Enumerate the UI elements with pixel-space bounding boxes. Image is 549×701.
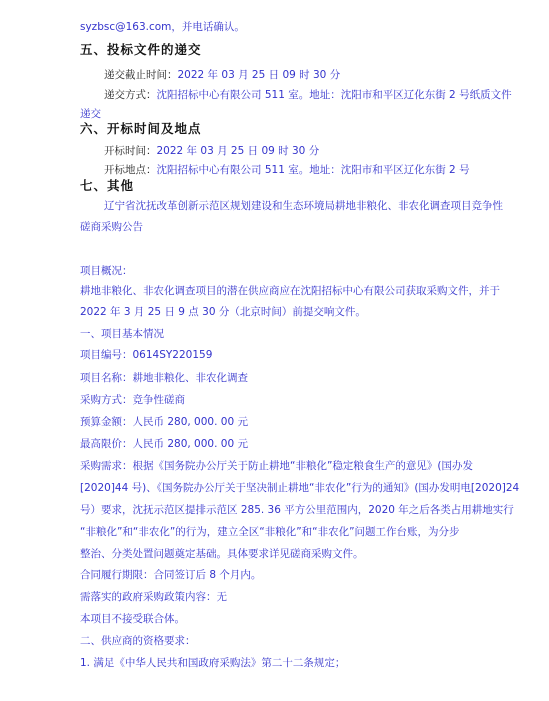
- section-5-title: 五、投标文件的递交: [80, 43, 202, 57]
- qualification-item-1: 1. 满足《中华人民共和国政府采购法》第二十二条规定；: [80, 656, 345, 670]
- section-7-title: 七、其他: [80, 179, 134, 193]
- basic-info-title: 一、项目基本情况: [80, 327, 164, 341]
- opening-place: 开标地点：沈阳招标中心有限公司 511 室。地址：沈阳市和平区辽化东街 2 号: [104, 163, 470, 177]
- submission-deadline-label: 递交截止时间：: [104, 69, 178, 81]
- other-line-1: 辽宁省沈抚改革创新示范区规划建设和生态环境局耕地非粮化、非农化调查项目竞争性: [104, 199, 503, 213]
- submission-method-label: 递交方式：: [104, 89, 157, 101]
- section-6-title: 六、开标时间及地点: [80, 122, 202, 136]
- other-line-2: 磋商采购公告: [80, 220, 143, 234]
- opening-place-value: 沈阳招标中心有限公司 511 室。地址：沈阳市和平区辽化东街 2 号: [157, 164, 470, 176]
- opening-time-label: 开标时间：: [104, 145, 157, 157]
- requirement-line-5: 整治、分类处置问题奠定基础。具体要求详见磋商采购文件。: [80, 547, 364, 561]
- requirement-line-2: [2020]44 号)、《国务院办公厅关于坚决制止耕地“非农化”行为的通知》(国…: [80, 481, 519, 495]
- requirement-line-1: 采购需求：根据《国务院办公厅关于防止耕地“非粮化”稳定粮食生产的意见》(国办发: [80, 459, 473, 473]
- overview-label: 项目概况：: [80, 264, 133, 278]
- submission-deadline-value: 2022 年 03 月 25 日 09 时 30 分: [178, 69, 341, 81]
- project-number: 项目编号：0614SY220159: [80, 348, 212, 362]
- submission-method-cont: 递交: [80, 107, 101, 121]
- project-name: 项目名称：耕地非粮化、非农化调查: [80, 371, 248, 385]
- contract-period: 合同履行期限：合同签订后 8 个月内。: [80, 568, 261, 582]
- requirement-line-4: “非粮化”和“非农化”的行为，建立全区“非粮化”和“非农化”问题工作台账，为分步: [80, 525, 460, 539]
- submission-method-value: 沈阳招标中心有限公司 511 室。地址：沈阳市和平区辽化东街 2 号纸质文件: [157, 89, 512, 101]
- budget-amount: 预算金额：人民币 280, 000. 00 元: [80, 415, 248, 429]
- requirement-line-3: 号）要求，沈抚示范区提排示范区 285. 36 平方公里范围内，2020 年之后…: [80, 503, 514, 517]
- qualification-title: 二、供应商的资格要求：: [80, 634, 196, 648]
- email-confirm-line: syzbsc@163.com，并电话确认。: [80, 20, 245, 34]
- opening-place-label: 开标地点：: [104, 164, 157, 176]
- opening-time: 开标时间：2022 年 03 月 25 日 09 时 30 分: [104, 144, 319, 158]
- procurement-policy: 需落实的政府采购政策内容：无: [80, 590, 227, 604]
- max-price: 最高限价：人民币 280, 000. 00 元: [80, 437, 248, 451]
- submission-method: 递交方式：沈阳招标中心有限公司 511 室。地址：沈阳市和平区辽化东街 2 号纸…: [104, 88, 512, 102]
- submission-deadline: 递交截止时间：2022 年 03 月 25 日 09 时 30 分: [104, 68, 340, 82]
- procurement-method: 采购方式：竞争性磋商: [80, 393, 185, 407]
- opening-time-value: 2022 年 03 月 25 日 09 时 30 分: [157, 145, 320, 157]
- overview-line-2: 2022 年 3 月 25 日 9 点 30 分（北京时间）前提交响文件。: [80, 305, 366, 319]
- overview-line-1: 耕地非粮化、非农化调查项目的潜在供应商应在沈阳招标中心有限公司获取采购文件，并于: [80, 284, 500, 298]
- consortium-note: 本项目不接受联合体。: [80, 612, 185, 626]
